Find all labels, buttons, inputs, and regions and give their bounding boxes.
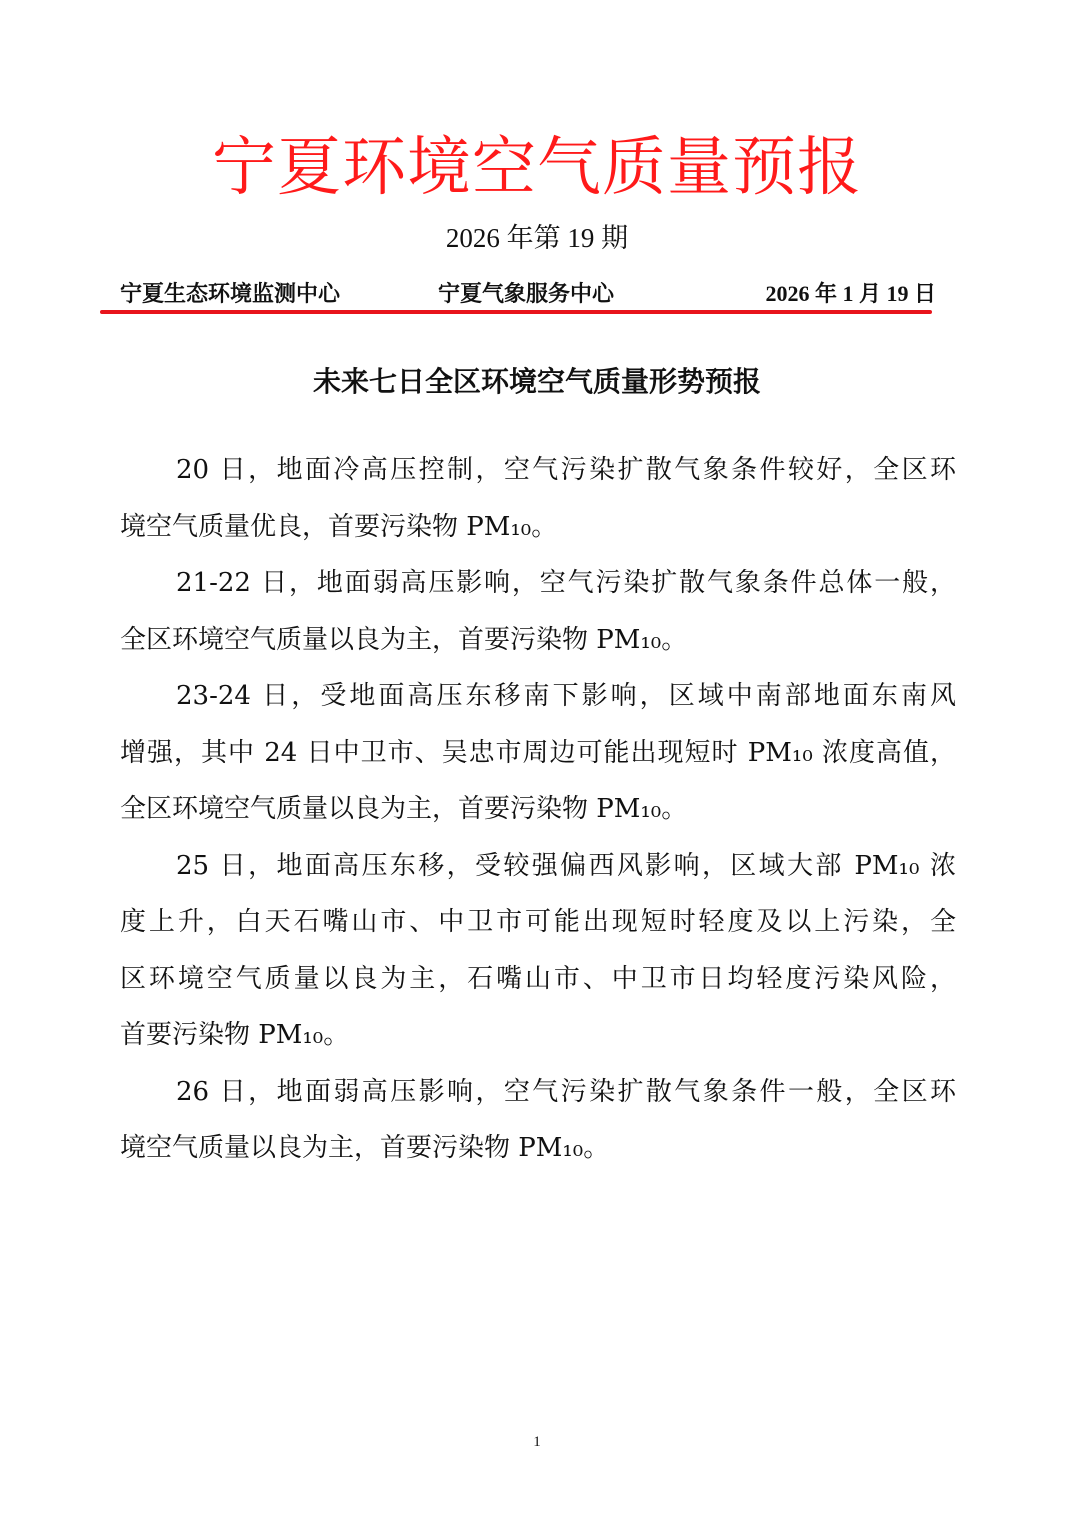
- paragraph-line: 增强，其中 24 日中卫市、吴忠市周边可能出现短时 PM₁₀ 浓度高值，: [120, 725, 956, 782]
- forecast-paragraph-day-26: 26 日，地面弱高压影响，空气污染扩散气象条件一般，全区环 境空气质量以良为主，…: [120, 1064, 956, 1177]
- paragraph-line: 全区环境空气质量以良为主，首要污染物 PM₁₀。: [120, 781, 956, 838]
- forecast-paragraph-day-23-24: 23-24 日，受地面高压东移南下影响，区域中南部地面东南风 增强，其中 24 …: [120, 668, 956, 838]
- page-number: 1: [0, 1434, 1074, 1451]
- paragraph-line: 境空气质量优良，首要污染物 PM₁₀。: [120, 499, 956, 556]
- issue-number: 2026 年第 19 期: [0, 220, 1074, 256]
- forecast-paragraph-day-20: 20 日，地面冷高压控制，空气污染扩散气象条件较好，全区环 境空气质量优良，首要…: [120, 442, 956, 555]
- paragraph-line: 全区环境空气质量以良为主，首要污染物 PM₁₀。: [120, 612, 956, 669]
- paragraph-line: 区环境空气质量以良为主，石嘴山市、中卫市日均轻度污染风险，: [120, 951, 956, 1008]
- forecast-paragraph-day-21-22: 21-22 日，地面弱高压影响，空气污染扩散气象条件总体一般， 全区环境空气质量…: [120, 555, 956, 668]
- paragraph-line: 26 日，地面弱高压影响，空气污染扩散气象条件一般，全区环: [120, 1064, 956, 1121]
- paragraph-line: 境空气质量以良为主，首要污染物 PM₁₀。: [120, 1120, 956, 1177]
- issuer-monitoring-center: 宁夏生态环境监测中心: [120, 276, 340, 312]
- forecast-body: 20 日，地面冷高压控制，空气污染扩散气象条件较好，全区环 境空气质量优良，首要…: [120, 442, 956, 1177]
- red-divider-line: [100, 310, 932, 314]
- paragraph-line: 度上升，白天石嘴山市、中卫市可能出现短时轻度及以上污染，全: [120, 894, 956, 951]
- paragraph-line: 20 日，地面冷高压控制，空气污染扩散气象条件较好，全区环: [120, 442, 956, 499]
- section-title: 未来七日全区环境空气质量形势预报: [0, 360, 1074, 404]
- forecast-paragraph-day-25: 25 日，地面高压东移，受较强偏西风影响，区域大部 PM₁₀ 浓 度上升，白天石…: [120, 838, 956, 1064]
- paragraph-line: 25 日，地面高压东移，受较强偏西风影响，区域大部 PM₁₀ 浓: [120, 838, 956, 895]
- issuer-meteorological-center: 宁夏气象服务中心: [438, 276, 614, 312]
- issuer-row: 宁夏生态环境监测中心 宁夏气象服务中心 2026 年 1 月 19 日: [120, 276, 936, 312]
- paragraph-line: 首要污染物 PM₁₀。: [120, 1007, 956, 1064]
- paragraph-line: 21-22 日，地面弱高压影响，空气污染扩散气象条件总体一般，: [120, 555, 956, 612]
- issue-date: 2026 年 1 月 19 日: [765, 276, 936, 312]
- paragraph-line: 23-24 日，受地面高压东移南下影响，区域中南部地面东南风: [120, 668, 956, 725]
- masthead-title: 宁夏环境空气质量预报: [0, 128, 1074, 208]
